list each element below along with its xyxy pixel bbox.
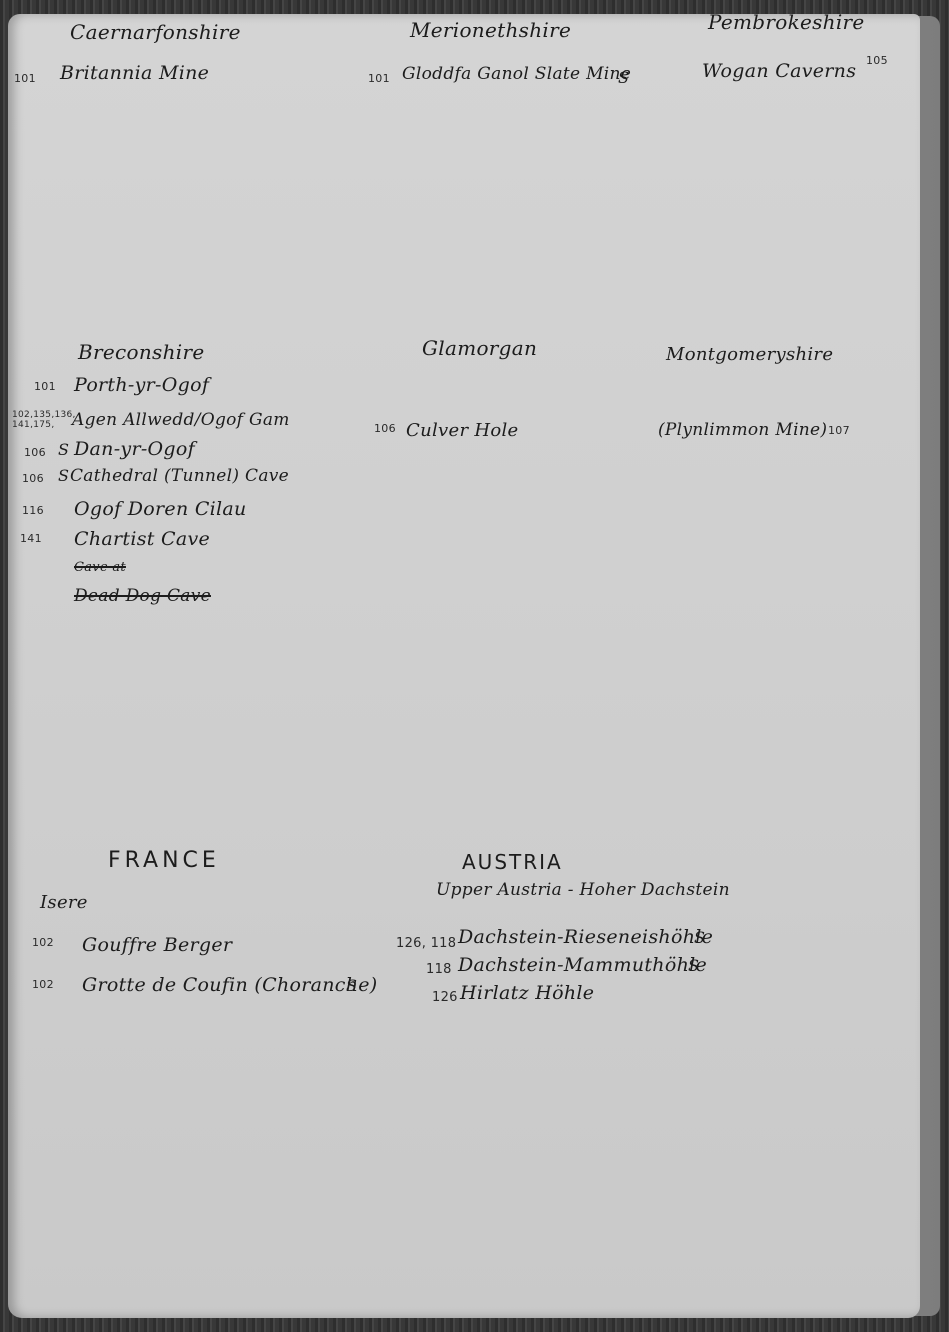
section-subheading: Upper Austria - Hoher Dachstein [436, 880, 730, 900]
entry-name: Chartist Cave [74, 528, 210, 550]
section-heading: FRANCE [108, 848, 220, 873]
entry-mark: S [58, 440, 69, 459]
section-subheading: Isere [40, 892, 88, 913]
entry-name: Cathedral (Tunnel) Cave [70, 466, 289, 486]
entry-name: (Plynlimmon Mine) [658, 420, 827, 440]
entry-ref: 116 [22, 504, 44, 517]
entry-ref: 106 [374, 422, 396, 435]
section-heading: Merionethshire [410, 18, 571, 42]
entry-name: Dachstein-Mammuthöhle [458, 954, 707, 976]
entry-mark: S [58, 466, 69, 485]
entry-name: Britannia Mine [60, 62, 209, 84]
entry-ref: 107 [828, 424, 850, 437]
entry-ref: 126 [432, 990, 458, 1005]
entry-name-struck: Cave at [74, 560, 126, 575]
notebook-page: Caernarfonshire 101 Britannia Mine Merio… [8, 14, 920, 1318]
entry-ref: 101 [14, 72, 36, 85]
entry-mark: S [688, 956, 699, 975]
entry-ref: 106 [24, 446, 46, 459]
entry-ref: 101 [368, 72, 390, 85]
entry-ref: 126, 118 [396, 936, 456, 951]
entry-name: Wogan Caverns [702, 60, 856, 82]
entry-name: Hirlatz Höhle [460, 982, 594, 1004]
entry-mark: S [346, 976, 357, 995]
entry-name: Grotte de Coufin (Choranche) [82, 974, 378, 996]
entry-ref: 101 [34, 380, 56, 393]
section-heading: Glamorgan [422, 336, 537, 360]
section-heading: Pembrokeshire [708, 10, 865, 34]
entry-name: Dan-yr-Ogof [74, 438, 195, 460]
entry-name: Ogof Doren Cilau [74, 498, 247, 520]
entry-name: Culver Hole [406, 420, 519, 441]
entry-ref: 105 [866, 54, 888, 67]
entry-ref: 102 [32, 936, 54, 949]
entry-name: Gouffre Berger [82, 934, 232, 956]
section-heading: Breconshire [78, 340, 204, 364]
entry-name: Dachstein-Rieseneishöhle [458, 926, 713, 948]
entry-name: Agen Allwedd/Ogof Gam [72, 410, 290, 430]
section-heading: Caernarfonshire [70, 20, 241, 44]
entry-name-struck: Dead Dog Cave [74, 586, 211, 606]
entry-ref: 118 [426, 962, 452, 977]
entry-mark: S [618, 68, 629, 87]
entry-name: Porth-yr-Ogof [74, 374, 209, 396]
entry-mark: S [694, 928, 705, 947]
entry-ref: 102 [32, 978, 54, 991]
entry-name: Gloddfa Ganol Slate Mine [402, 64, 631, 84]
entry-ref: 102,135,136, 141,175, [12, 410, 72, 430]
entry-ref: 141 [20, 532, 42, 545]
entry-ref: 106 [22, 472, 44, 485]
section-heading: AUSTRIA [462, 850, 563, 874]
section-heading: Montgomeryshire [666, 344, 833, 365]
